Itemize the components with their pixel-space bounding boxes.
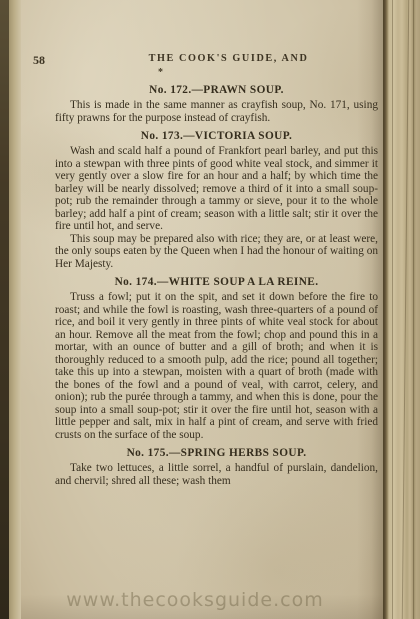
stacked-page-edges-right	[383, 0, 420, 619]
recipe-paragraph: Take two lettuces, a little sorrel, a ha…	[55, 462, 378, 487]
recipe-paragraph: Truss a fowl; put it on the spit, and se…	[55, 291, 378, 441]
scanned-book-page-photo: 58 THE COOK'S GUIDE, AND * No. 172.—PRAW…	[0, 0, 420, 619]
page-text-block: 58 THE COOK'S GUIDE, AND * No. 172.—PRAW…	[55, 53, 378, 487]
recipe-paragraph: This is made in the same manner as crayf…	[55, 99, 378, 124]
watermark: www.thecooksguide.com	[20, 589, 370, 611]
book-left-page-margin-edge	[9, 0, 21, 619]
running-header: 58 THE COOK'S GUIDE, AND	[55, 53, 378, 67]
page-edge-streak	[402, 0, 409, 619]
page-edge-streak	[392, 0, 393, 619]
running-title: THE COOK'S GUIDE, AND	[149, 53, 309, 64]
section-heading-white-soup-a-la-reine: No. 174.—WHITE SOUP A LA REINE.	[55, 276, 378, 288]
page-number: 58	[33, 53, 45, 68]
section-heading-prawn-soup: No. 172.—PRAWN SOUP.	[55, 84, 378, 96]
book-spine-left-edge	[0, 0, 9, 619]
page-edge-streak	[413, 0, 414, 619]
recipe-paragraph: Wash and scald half a pound of Frankfort…	[55, 145, 378, 233]
section-heading-spring-herbs-soup: No. 175.—SPRING HERBS SOUP.	[55, 447, 378, 459]
recipe-paragraph: This soup may be prepared also with rice…	[55, 233, 378, 271]
section-heading-victoria-soup: No. 173.—VICTORIA SOUP.	[55, 130, 378, 142]
printers-mark: *	[158, 67, 378, 78]
